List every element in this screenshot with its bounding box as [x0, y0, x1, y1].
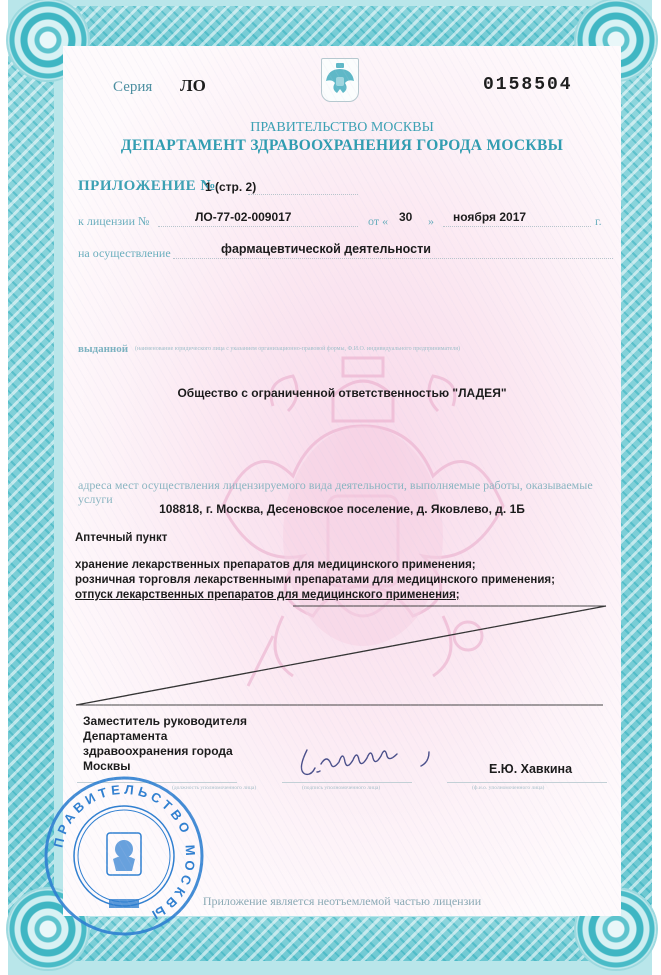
activity-value: фармацевтической деятельности: [221, 242, 431, 256]
year-suffix: г.: [595, 214, 602, 229]
issuer-government: ПРАВИТЕЛЬСТВО МОСКВЫ: [63, 120, 621, 136]
fill-line: [158, 226, 358, 227]
activity-label: на осуществление: [78, 246, 171, 261]
series-label: Серия: [113, 79, 152, 96]
location-address: 108818, г. Москва, Десеновское поселение…: [63, 502, 621, 516]
license-month-year: ноября 2017: [453, 210, 526, 224]
appendix-label: ПРИЛОЖЕНИЕ №: [78, 178, 216, 195]
license-day: 30: [399, 210, 412, 224]
license-label: к лицензии №: [78, 214, 149, 229]
work-item: хранение лекарственных препаратов для ме…: [75, 558, 555, 573]
license-appendix-sheet: Серия ЛО 0158504 ПРАВИТЕЛЬСТВО МОСКВЫ ДЕ…: [8, 0, 652, 975]
fill-line: [248, 194, 358, 195]
date-close: »: [428, 214, 434, 229]
signatory-name: Е.Ю. Хавкина: [489, 762, 572, 776]
issued-hint: (наименование юридического лица с указан…: [135, 346, 460, 352]
fill-line: [173, 258, 613, 259]
official-seal-icon: ПРАВИТЕЛЬСТВО МОСКВЫ: [39, 771, 209, 941]
appendix-value: 1 (стр. 2): [205, 180, 256, 194]
licensee-name: Общество с ограниченной ответственностью…: [63, 386, 621, 400]
document-field: Серия ЛО 0158504 ПРАВИТЕЛЬСТВО МОСКВЫ ДЕ…: [63, 46, 621, 916]
license-number: ЛО-77-02-009017: [195, 210, 291, 224]
cancellation-lines: [63, 586, 621, 716]
date-label: от «: [368, 214, 388, 229]
issued-label: выданной: [78, 343, 128, 355]
russian-coat-of-arms-icon: [321, 58, 359, 102]
series-value: ЛО: [180, 76, 206, 96]
signatory-title: Заместитель руководителя Департамента зд…: [83, 714, 247, 774]
fill-line: [443, 226, 591, 227]
ornamental-border-top: [48, 6, 612, 46]
facility-type: Аптечный пункт: [75, 532, 167, 544]
issuer-department: ДЕПАРТАМЕНТ ЗДРАВООХРАНЕНИЯ ГОРОДА МОСКВ…: [63, 137, 621, 155]
handwritten-signature-icon: [295, 742, 465, 782]
serial-number: 0158504: [483, 75, 573, 95]
